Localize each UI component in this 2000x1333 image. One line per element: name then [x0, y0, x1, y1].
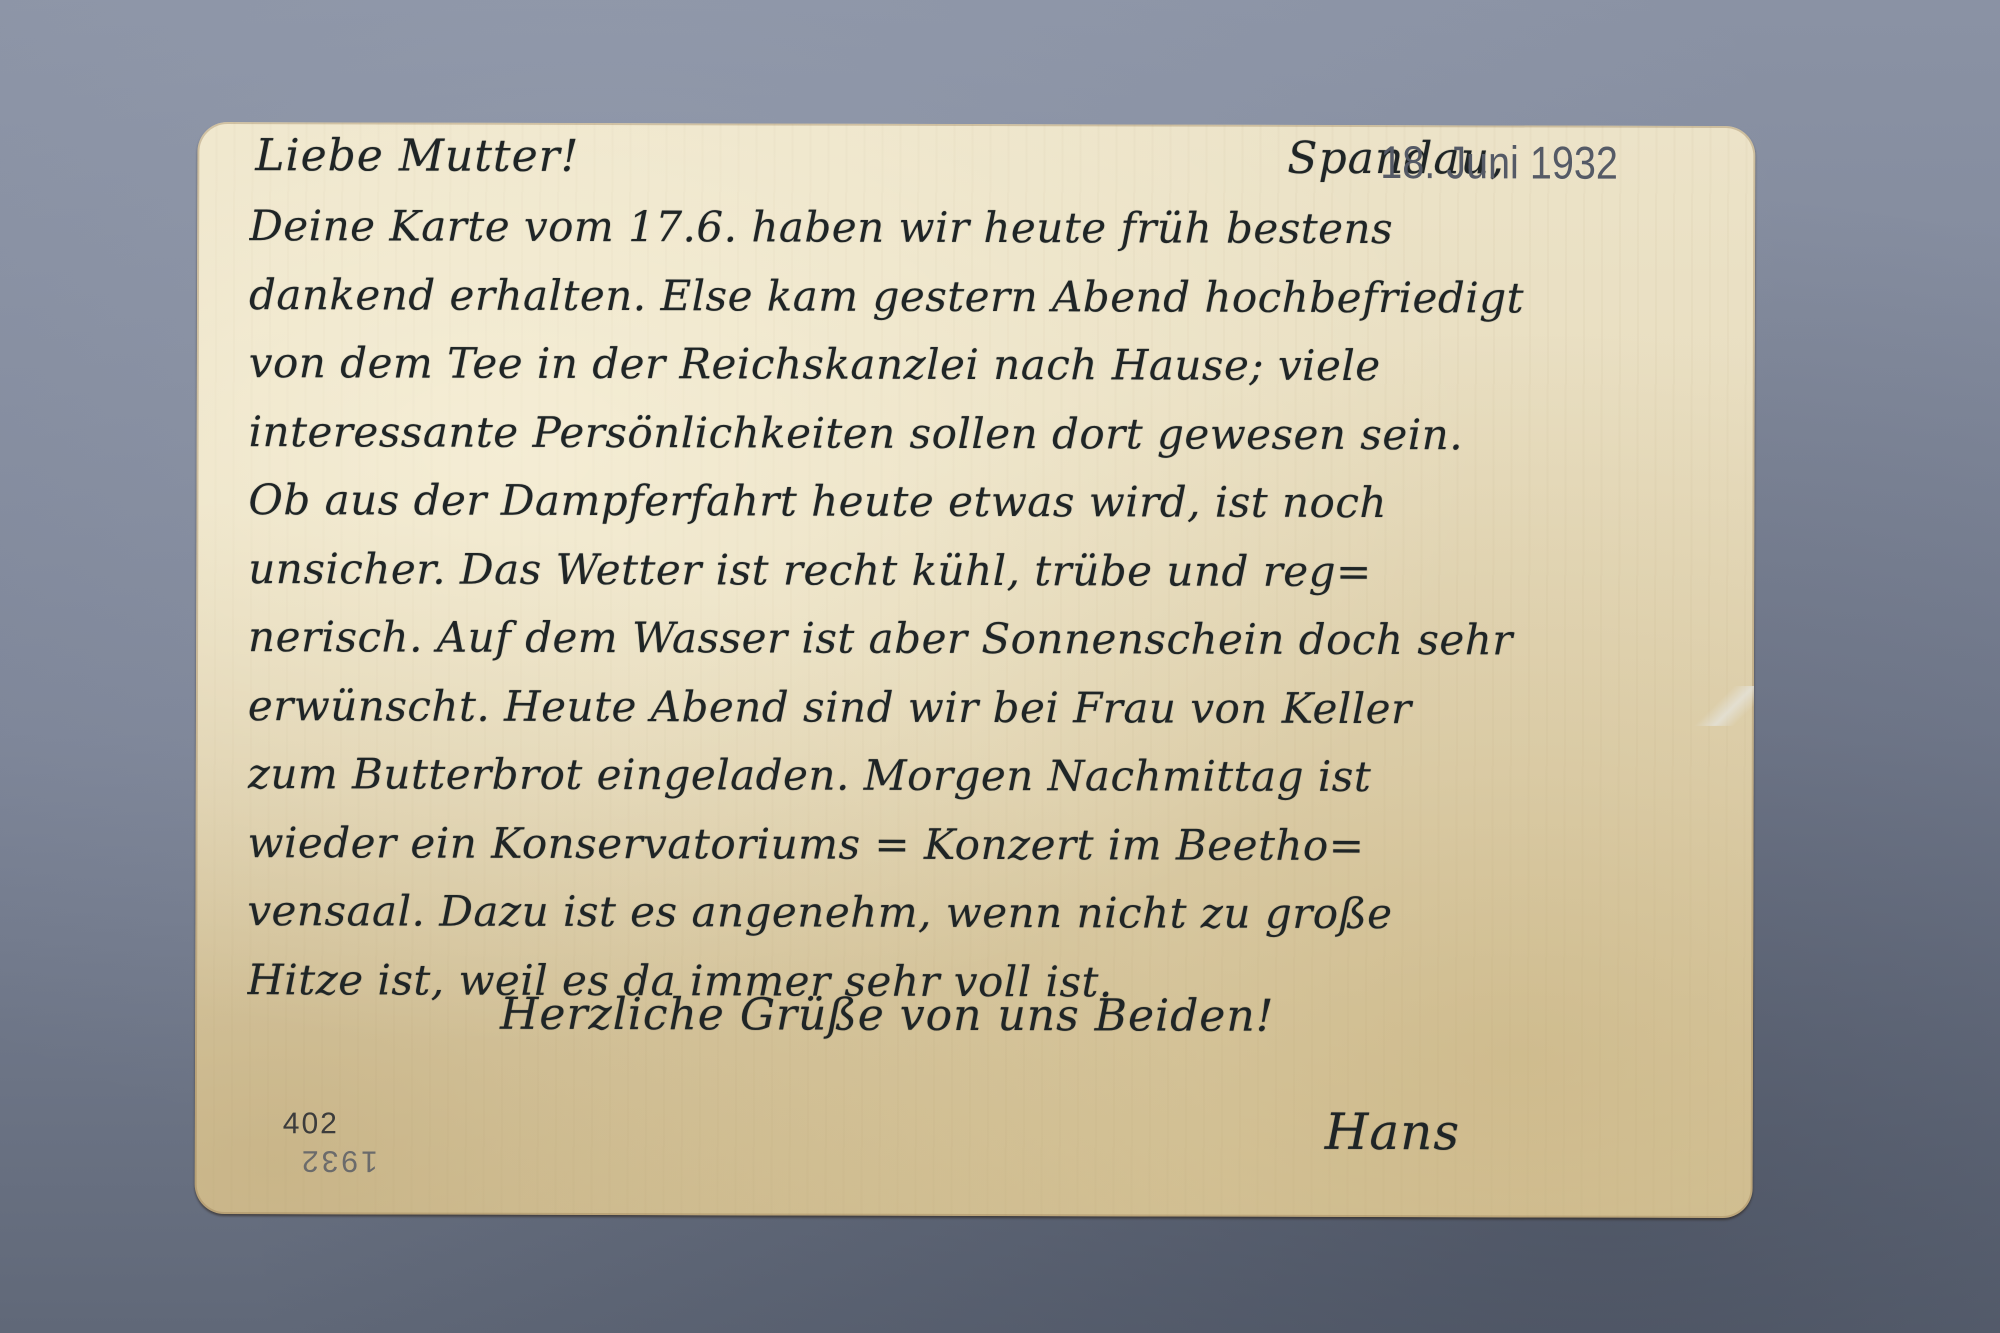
closing-greeting: Herzliche Grüße von uns Beiden!	[500, 989, 1274, 1042]
body-line: interessante Persönlichkeiten sollen dor…	[249, 398, 1719, 470]
edge-damage	[1694, 686, 1754, 726]
postcard: Liebe Mutter! Spandau, 18. Juni 1932 Dei…	[195, 122, 1756, 1218]
archive-number: 402	[283, 1107, 378, 1141]
date-stamp: 18. Juni 1932	[1380, 135, 1618, 190]
body-line: wieder ein Konservatoriums = Konzert im …	[247, 809, 1717, 881]
body-line: zum Butterbrot eingeladen. Morgen Nachmi…	[248, 740, 1718, 812]
body-line: dankend erhalten. Else kam gestern Abend…	[249, 261, 1719, 333]
body-line: nerisch. Auf dem Wasser ist aber Sonnens…	[248, 603, 1718, 675]
salutation: Liebe Mutter!	[255, 130, 579, 182]
archive-marks: 402 1932	[283, 1107, 378, 1177]
signature: Hans	[1325, 1103, 1460, 1161]
body-line: unsicher. Das Wetter ist recht kühl, trü…	[248, 535, 1718, 607]
body-line: erwünscht. Heute Abend sind wir bei Frau…	[248, 672, 1718, 744]
letter-body: Deine Karte vom 17.6. haben wir heute fr…	[247, 192, 1719, 1018]
body-line: von dem Tee in der Reichskanzlei nach Ha…	[249, 329, 1719, 401]
archive-year: 1932	[283, 1143, 378, 1177]
body-line: Ob aus der Dampferfahrt heute etwas wird…	[248, 466, 1718, 538]
body-line: Deine Karte vom 17.6. haben wir heute fr…	[249, 192, 1719, 264]
body-line: vensaal. Dazu ist es angenehm, wenn nich…	[247, 877, 1717, 949]
